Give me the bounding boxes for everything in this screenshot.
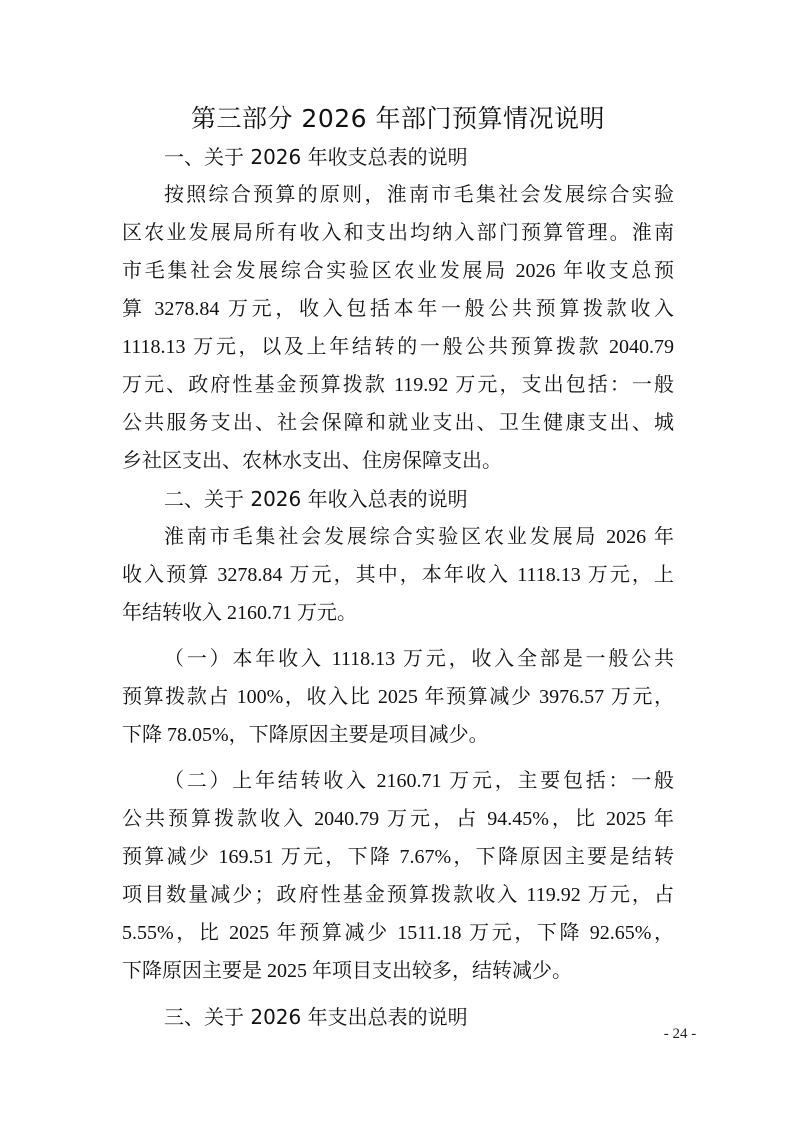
page-number: - 24 - — [640, 1026, 720, 1043]
text-line: 按照综合预算的原则，淮南市毛集社会发展综合实验 — [122, 176, 674, 214]
text-line: 1118.13 万元，以及上年结转的一般公共预算拨款 2040.79 — [122, 328, 674, 366]
section-heading-3: 三、关于 2026 年支出总表的说明 — [122, 998, 674, 1036]
text-line: 区农业发展局所有收入和支出均纳入部门预算管理。淮南 — [122, 214, 674, 252]
text-line: 收入预算 3278.84 万元，其中，本年收入 1118.13 万元，上 — [122, 556, 674, 594]
text-line: （二）上年结转收入 2160.71 万元，主要包括：一般 — [122, 762, 674, 800]
text-line: 下降原因主要是 2025 年项目支出较多，结转减少。 — [122, 952, 674, 990]
section-heading-2: 二、关于 2026 年收入总表的说明 — [122, 480, 674, 518]
paragraph-gap — [122, 632, 674, 640]
paragraph-gap — [122, 754, 674, 762]
text-line: 乡社区支出、农林水支出、住房保障支出。 — [122, 442, 674, 480]
text-line: 下降 78.05%，下降原因主要是项目减少。 — [122, 716, 674, 754]
document-page: 第三部分 2026 年部门预算情况说明 一、关于 2026 年收支总表的说明 按… — [0, 0, 794, 1122]
paragraph-gap — [122, 990, 674, 998]
text-line: （一）本年收入 1118.13 万元，收入全部是一般公共 — [122, 640, 674, 678]
paragraph-2-2: （一）本年收入 1118.13 万元，收入全部是一般公共 预算拨款占 100%，… — [122, 640, 674, 754]
paragraph-2-1: 淮南市毛集社会发展综合实验区农业发展局 2026 年 收入预算 3278.84 … — [122, 518, 674, 632]
page-content: 第三部分 2026 年部门预算情况说明 一、关于 2026 年收支总表的说明 按… — [122, 100, 674, 1036]
text-line: 算 3278.84 万元，收入包括本年一般公共预算拨款收入 — [122, 290, 674, 328]
text-line: 市毛集社会发展综合实验区农业发展局 2026 年收支总预 — [122, 252, 674, 290]
text-line: 年结转收入 2160.71 万元。 — [122, 594, 674, 632]
text-line: 公共服务支出、社会保障和就业支出、卫生健康支出、城 — [122, 404, 674, 442]
text-line: 公共预算拨款收入 2040.79 万元，占 94.45%，比 2025 年 — [122, 800, 674, 838]
text-line: 预算拨款占 100%，收入比 2025 年预算减少 3976.57 万元， — [122, 678, 674, 716]
text-line: 万元、政府性基金预算拨款 119.92 万元，支出包括：一般 — [122, 366, 674, 404]
paragraph-2-3: （二）上年结转收入 2160.71 万元，主要包括：一般 公共预算拨款收入 20… — [122, 762, 674, 990]
section-heading-1: 一、关于 2026 年收支总表的说明 — [122, 138, 674, 176]
page-title: 第三部分 2026 年部门预算情况说明 — [122, 100, 674, 138]
paragraph-1-1: 按照综合预算的原则，淮南市毛集社会发展综合实验 区农业发展局所有收入和支出均纳入… — [122, 176, 674, 480]
text-line: 淮南市毛集社会发展综合实验区农业发展局 2026 年 — [122, 518, 674, 556]
text-line: 项目数量减少；政府性基金预算拨款收入 119.92 万元，占 — [122, 876, 674, 914]
text-line: 预算减少 169.51 万元，下降 7.67%，下降原因主要是结转 — [122, 838, 674, 876]
text-line: 5.55%，比 2025 年预算减少 1511.18 万元，下降 92.65%， — [122, 914, 674, 952]
